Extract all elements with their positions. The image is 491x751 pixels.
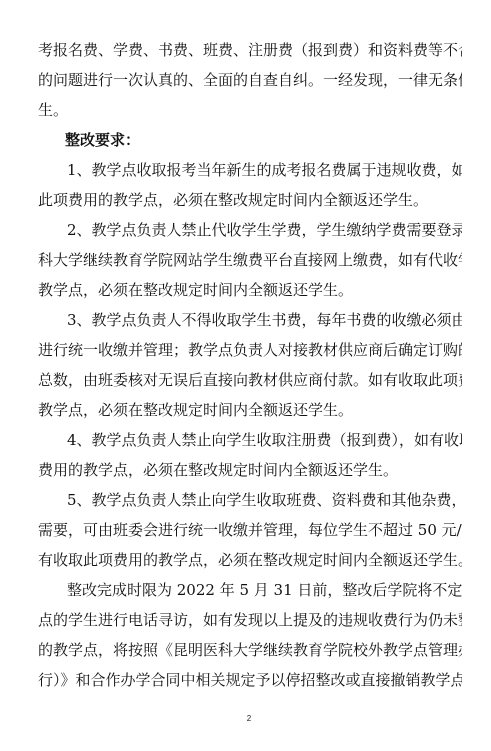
requirement-5-line: 需要，可由班委会进行统一收缴并管理，每位学生不超过 50 元/三年。如 (38, 515, 462, 545)
paragraph-intro-line: 考报名费、学费、书费、班费、注册费（报到费）和资料费等不合规收取 (38, 35, 462, 65)
paragraph-intro-line: 的问题进行一次认真的、全面的自查自纠。一经发现，一律无条件退还学 (38, 65, 462, 95)
requirement-3-line: 教学点，必须在整改规定时间内全额返还学生。 (38, 395, 462, 425)
page-number: 2 (244, 713, 254, 725)
deadline-paragraph-line: 整改完成时限为 2022 年 5 月 31 日前，整改后学院将不定期对各教学 (38, 575, 462, 605)
deadline-paragraph-line: 行）》和合作办学合同中相关规定予以停招整改或直接撤销教学点的严肃 (38, 665, 462, 695)
body-text: 考报名费、学费、书费、班费、注册费（报到费）和资料费等不合规收取 的问题进行一次… (38, 35, 462, 695)
requirement-3-line: 进行统一收缴并管理；教学点负责人对接教材供应商后确定订购的教材 (38, 335, 462, 365)
requirement-2-line: 科大学继续教育学院网站学生缴费平台直接网上缴费，如有代收学费的 (38, 245, 462, 275)
requirement-1-line: 此项费用的教学点，必须在整改规定时间内全额返还学生。 (38, 185, 462, 215)
requirement-5-line: 有收取此项费用的教学点，必须在整改规定时间内全额返还学生。 (38, 545, 462, 575)
requirement-5-line: 5、教学点负责人禁止向学生收取班费、资料费和其他杂费，如确实 (38, 485, 462, 515)
section-heading: 整改要求： (38, 125, 462, 155)
requirement-4-line: 4、教学点负责人禁止向学生收取注册费（报到费），如有收取此项 (38, 425, 462, 455)
requirement-4-line: 费用的教学点，必须在整改规定时间内全额返还学生。 (38, 455, 462, 485)
requirement-3-line: 总数，由班委核对无误后直接向教材供应商付款。如有收取此项费用的 (38, 365, 462, 395)
document-page: 考报名费、学费、书费、班费、注册费（报到费）和资料费等不合规收取 的问题进行一次… (0, 0, 491, 751)
paragraph-intro-line: 生。 (38, 95, 462, 125)
requirement-2-line: 2、教学点负责人禁止代收学生学费，学生缴纳学费需要登录昆明医 (38, 215, 462, 245)
requirement-1-line: 1、教学点收取报考当年新生的成考报名费属于违规收费，如有收取 (38, 155, 462, 185)
deadline-paragraph-line: 的教学点，将按照《昆明医科大学继续教育学院校外教学点管理办法（试 (38, 635, 462, 665)
requirement-3-line: 3、教学点负责人不得收取学生书费，每年书费的收缴必须由班委会 (38, 305, 462, 335)
requirement-2-line: 教学点，必须在整改规定时间内全额返还学生。 (38, 275, 462, 305)
deadline-paragraph-line: 点的学生进行电话寻访，如有发现以上提及的违规收费行为仍未整改落实 (38, 605, 462, 635)
